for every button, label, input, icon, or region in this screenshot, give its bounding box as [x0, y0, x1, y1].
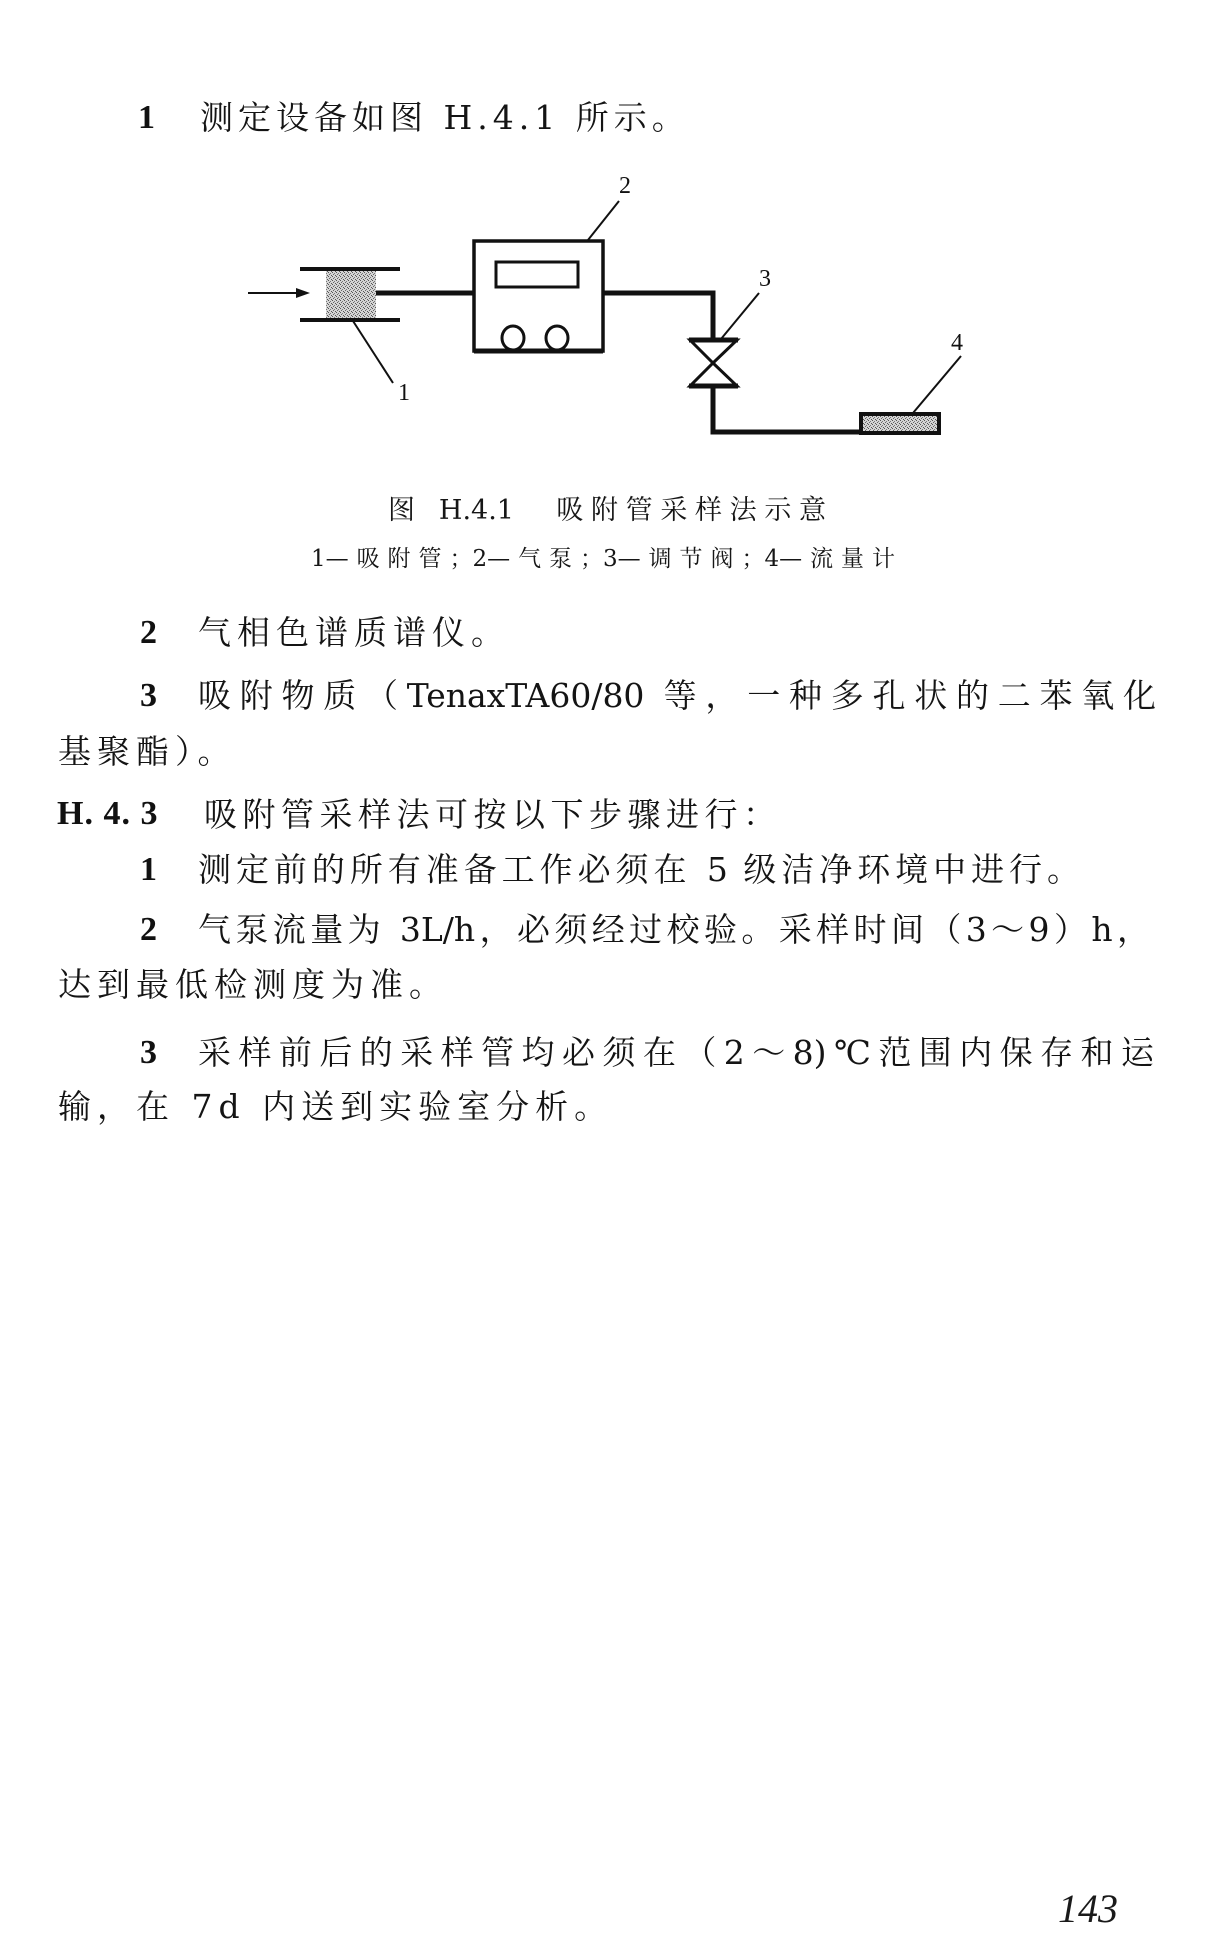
pump-display	[496, 262, 578, 287]
pump-knob	[502, 326, 524, 350]
figure-caption-title: 图 H.4.1 吸附管采样法示意	[388, 497, 826, 524]
step-number: 2	[140, 913, 157, 947]
item-text-line: 吸附物质（TenaxTA60/80 等，一种多孔状的二苯氧化	[198, 679, 1156, 712]
leader-line	[353, 321, 393, 383]
flowmeter	[861, 414, 939, 433]
item-text: 气相色谱质谱仪。	[198, 616, 510, 649]
step-text: 测定前的所有准备工作必须在 5 级洁净环境中进行。	[198, 853, 1080, 886]
pipe	[603, 293, 713, 340]
item-number: 3	[140, 679, 157, 713]
airflow-arrow-icon	[248, 288, 310, 298]
leader-line	[913, 356, 961, 413]
step-text-continuation: 输，在 7d 内送到实验室分析。	[58, 1090, 613, 1123]
step-text: 采样前后的采样管均必须在（2～8)℃范围内保存和运	[198, 1036, 1154, 1069]
step-text-continuation: 达到最低检测度为准。	[58, 968, 448, 1001]
step-text-line: 采样前后的采样管均必须在（2～8)℃范围内保存和运	[198, 1036, 1154, 1069]
step-text-line: 气泵流量为 3L/h，必须经过校验。采样时间（3～9）h，	[198, 913, 1150, 946]
step-text-line: 测定前的所有准备工作必须在 5 级洁净环境中进行。	[198, 853, 1080, 886]
item-text: 吸附物质（TenaxTA60/80 等，一种多孔状的二苯氧化	[198, 679, 1156, 712]
air-pump	[474, 241, 603, 351]
label-flowmeter: 4	[951, 330, 963, 356]
item-number: 2	[140, 616, 157, 650]
label-air-pump: 2	[619, 173, 631, 199]
section-heading: 吸附管采样法可按以下步骤进行：	[204, 798, 776, 831]
caption-title-text: 图 H.4.1 吸附管采样法示意	[388, 497, 826, 524]
step-number: 3	[140, 1036, 157, 1070]
leader-line	[588, 201, 619, 240]
figure-caption-legend: 1—吸附管；2—气泵；3—调节阀；4—流量计	[311, 548, 895, 571]
valve-icon	[689, 340, 738, 386]
step-text: 气泵流量为 3L/h，必须经过校验。采样时间（3～9）h，	[198, 913, 1150, 946]
item-text-continuation: 基聚酯）。	[58, 735, 237, 768]
step-number: 1	[140, 853, 157, 887]
caption-legend-text: 1—吸附管；2—气泵；3—调节阀；4—流量计	[311, 548, 895, 571]
sampling-diagram: 1 2 3 4	[0, 0, 1216, 480]
pipe	[713, 386, 861, 432]
page-number: 143	[1058, 1889, 1118, 1929]
section-heading-text: 吸附管采样法可按以下步骤进行：	[204, 798, 776, 831]
label-regulating-valve: 3	[759, 266, 771, 292]
label-adsorption-tube: 1	[398, 380, 410, 406]
leader-line	[721, 293, 759, 339]
section-number: H. 4. 3	[57, 797, 158, 831]
pump-knob	[546, 326, 568, 350]
